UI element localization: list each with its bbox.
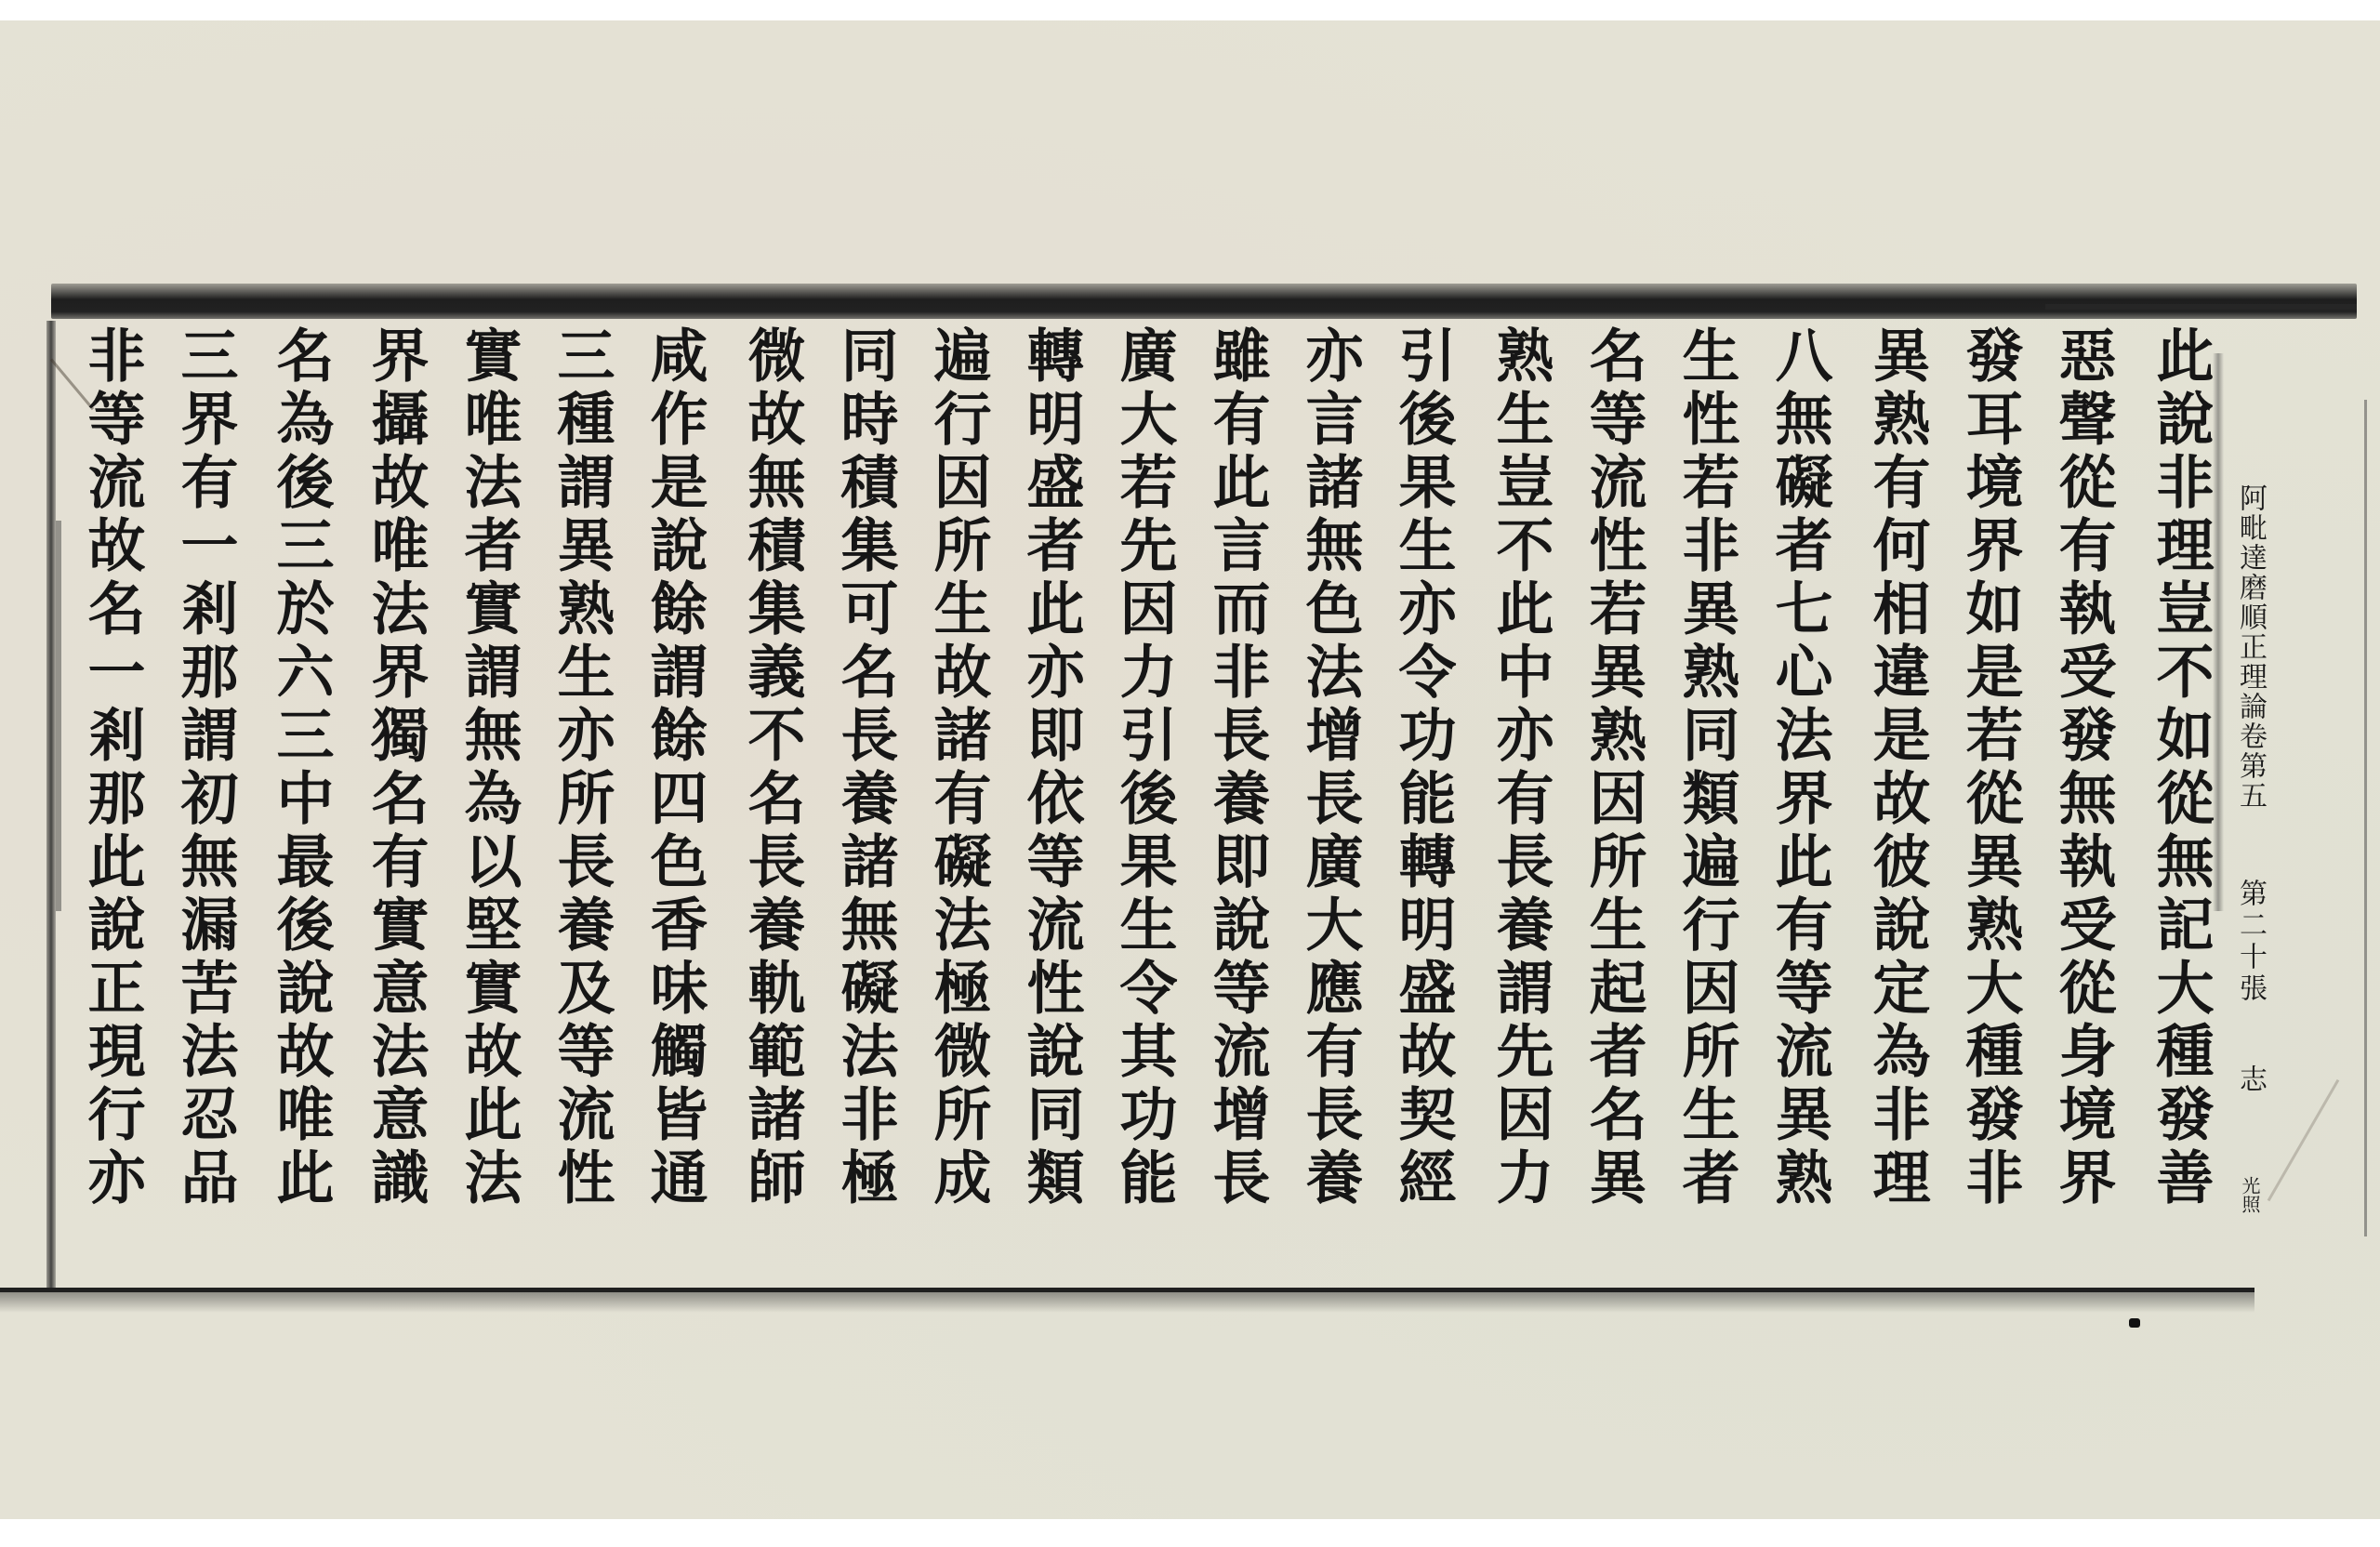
text-column-13: 轉明盛者此亦即依等流性說同類 <box>1009 325 1092 1210</box>
text-column-9: 引後果生亦令功能轉明盛故契經 <box>1381 325 1464 1210</box>
text-column-22: 三界有一剎那謂初無漏苦法忍品 <box>163 325 246 1210</box>
margin-carver-name: 光照 <box>2236 1176 2264 1213</box>
frame-left-inner-smudge <box>56 521 61 911</box>
margin-mark: 志 <box>2231 1064 2268 1092</box>
text-column-18: 三種謂異熟生亦所長養及等流性 <box>539 325 623 1210</box>
text-column-15: 同時積集可名長養諸無礙法非極 <box>823 325 906 1210</box>
text-column-7: 名等流性若異熟因所生起者名異 <box>1571 325 1655 1210</box>
frame-right-faint-border <box>2364 400 2367 1236</box>
text-column-12: 廣大若先因力引後果生令其功能 <box>1102 325 1185 1210</box>
text-column-1: 此說非理豈不如從無記大種發善 <box>2138 325 2222 1210</box>
frame-top-border-right-thin <box>2045 304 2357 310</box>
text-column-20: 界攝故唯法界獨名有實意法意識 <box>353 325 437 1210</box>
text-column-23: 非等流故名一剎那此說正現行亦 <box>70 325 153 1210</box>
text-column-4: 異熟有何相違是故彼說定為非理 <box>1855 325 1938 1210</box>
text-column-6: 生性若非異熟同類遍行因所生者 <box>1664 325 1748 1210</box>
margin-book-title: 阿毗達磨順正理論卷第五 <box>2231 483 2268 811</box>
text-column-19: 實唯法者實謂無為以堅實故此法 <box>446 325 530 1210</box>
ink-dot <box>2129 1318 2140 1328</box>
text-column-2: 惡聲從有執受發無執受從身境界 <box>2041 325 2124 1210</box>
text-column-11: 雖有此言而非長養即說等流增長 <box>1195 325 1278 1210</box>
frame-bottom-ink-bleed <box>0 1292 2254 1313</box>
text-column-3: 發耳境界如是若從異熟大種發非 <box>1948 325 2031 1210</box>
frame-top-border <box>51 284 2357 319</box>
text-column-10: 亦言諸無色法增長廣大應有長養 <box>1288 325 1371 1210</box>
text-column-14: 遍行因所生故諸有礙法極微所成 <box>916 325 999 1210</box>
text-column-21: 名為後三於六三中最後說故唯此 <box>258 325 342 1210</box>
frame-left-border <box>46 321 56 1292</box>
text-column-5: 八無礙者七心法界此有等流異熟 <box>1757 325 1841 1210</box>
text-column-17: 咸作是說餘謂餘四色香味觸皆通 <box>632 325 716 1210</box>
margin-leaf-number: 第二十張 <box>2231 879 2268 1005</box>
text-column-16: 微故無積集義不名長養軌範諸師 <box>730 325 813 1210</box>
text-column-8: 熟生豈不此中亦有長養謂先因力 <box>1478 325 1562 1210</box>
